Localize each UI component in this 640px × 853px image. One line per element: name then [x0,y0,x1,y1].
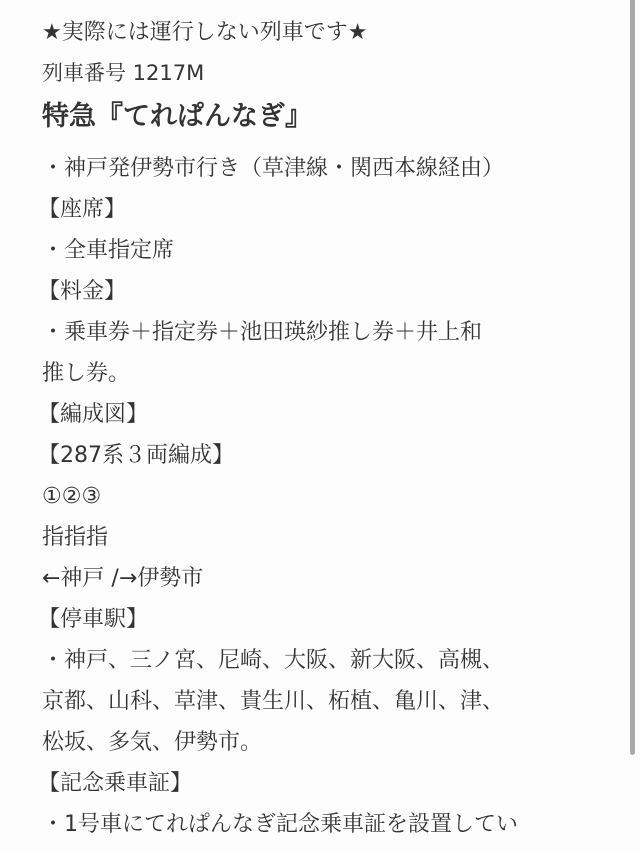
train-number: 列車番号 1217M [42,53,622,94]
train-name-title: 特急『てれぱんなぎ』 [42,94,622,140]
stops-line: 松坂、多気、伊勢市。 [42,722,622,763]
vertical-scrollbar[interactable] [630,0,635,755]
formation-heading: 【編成図】 [38,394,622,435]
seats-item: ・全車指定席 [42,230,622,271]
spacer [42,140,622,148]
fare-line: 推し券。 [42,353,622,394]
formation-direction: ←神戸 /→伊勢市 [42,558,622,599]
formation-cars: ①②③ [42,476,622,517]
fare-line: ・乗車券＋指定券＋池田瑛紗推し券＋井上和 [42,312,622,353]
commemorative-line: ・1号車にてれぱんなぎ記念乗車証を設置してい [42,804,622,845]
stops-line: ・神戸、三ノ宮、尼崎、大阪、新大阪、高槻、 [42,640,622,681]
stops-heading: 【停車駅】 [38,599,622,640]
stops-line: 京都、山科、草津、貴生川、柘植、亀川、津、 [42,681,622,722]
formation-car-types: 指指指 [42,517,622,558]
seats-heading: 【座席】 [38,189,622,230]
commemorative-heading: 【記念乗車証】 [38,763,622,804]
fare-heading: 【料金】 [38,271,622,312]
route-text: ・神戸発伊勢市行き（草津線・関西本線経由） [42,148,622,189]
formation-subheading: 【287系３両編成】 [38,435,622,476]
train-info-document: ★実際には運行しない列車です★ 列車番号 1217M 特急『てれぱんなぎ』 ・神… [42,12,622,845]
notice-text: ★実際には運行しない列車です★ [42,12,622,53]
